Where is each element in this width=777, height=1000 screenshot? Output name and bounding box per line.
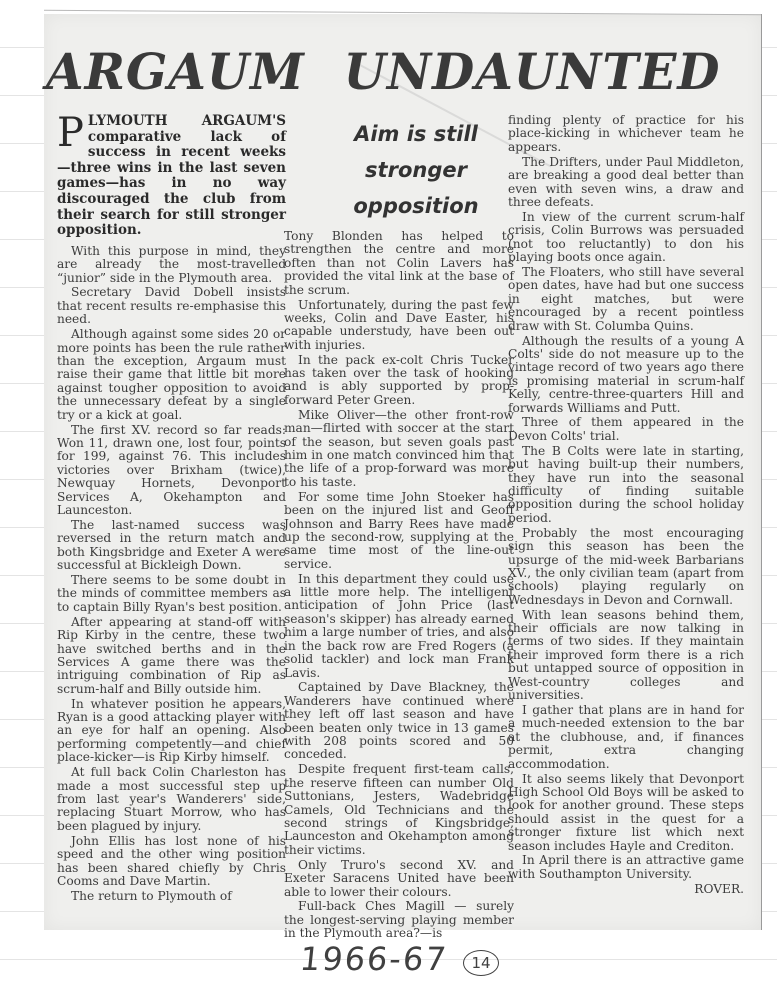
article-column-1: PLYMOUTH ARGAUM'S comparative lack of su… <box>57 114 286 905</box>
paragraph: The B Colts were late in starting, but h… <box>508 445 744 525</box>
paragraph: Captained by Dave Blackney, the Wanderer… <box>284 681 514 761</box>
paragraph: The Floaters, who still have several ope… <box>508 266 744 333</box>
paragraph: With lean seasons behind them, their off… <box>508 609 744 703</box>
headline: ARGAUMUNDAUNTED <box>46 42 738 102</box>
circled-page-number: 14 <box>463 950 499 976</box>
paragraph: Only Truro's second XV. and Exeter Sarac… <box>284 859 514 899</box>
lead-paragraph: PLYMOUTH ARGAUM'S comparative lack of su… <box>57 114 286 239</box>
paragraph: Unfortunately, during the past few weeks… <box>284 299 514 353</box>
paragraph: There seems to be some doubt in the mind… <box>57 574 286 614</box>
paragraph: Mike Oliver—the other front-row man—flir… <box>284 409 514 489</box>
article-column-2: Aim is still stronger opposition Tony Bl… <box>284 126 514 942</box>
paragraph: The return to Plymouth of <box>57 890 286 903</box>
paragraph: In this department they could use a litt… <box>284 573 514 680</box>
headline-word-1: ARGAUM <box>46 42 305 101</box>
paragraph: The Drifters, under Paul Middleton, are … <box>508 156 744 210</box>
paragraph: John Ellis has lost none of his speed an… <box>57 835 286 889</box>
paragraph: In the pack ex-colt Chris Tucker has tak… <box>284 354 514 408</box>
paragraph: It also seems likely that Devonport High… <box>508 773 744 853</box>
headline-word-2: UNDAUNTED <box>344 42 721 101</box>
paragraph: Despite frequent first-team calls, the r… <box>284 763 514 857</box>
paragraph: The first XV. record so far reads: Won 1… <box>57 424 286 518</box>
paragraph: I gather that plans are in hand for a mu… <box>508 704 744 771</box>
paragraph: Although the results of a young A Colts'… <box>508 335 744 415</box>
paragraph: Three of them appeared in the Devon Colt… <box>508 416 744 443</box>
paragraph: Secretary David Dobell insists that rece… <box>57 286 286 326</box>
newspaper-clipping: ARGAUMUNDAUNTED PLYMOUTH ARGAUM'S compar… <box>44 14 762 930</box>
drop-cap: P <box>57 116 84 150</box>
handwritten-season-note: 1966-67 <box>298 940 450 978</box>
paragraph: In whatever position he appears, Ryan is… <box>57 698 286 765</box>
byline: ROVER. <box>508 883 744 896</box>
paragraph: Although against some sides 20 or more p… <box>57 328 286 422</box>
lead-text: LYMOUTH ARGAUM'S comparative lack of suc… <box>57 113 286 238</box>
paragraph: finding plenty of practice for his place… <box>508 114 744 154</box>
article-column-3: finding plenty of practice for his place… <box>508 114 744 898</box>
paragraph: At full back Colin Charleston has made a… <box>57 766 286 833</box>
paragraph: The last-named success was reversed in t… <box>57 519 286 573</box>
subheadline: Aim is still stronger opposition <box>284 116 514 224</box>
paragraph: In view of the current scrum-half crisis… <box>508 211 744 265</box>
paragraph: In April there is an attractive game wit… <box>508 854 744 881</box>
paragraph: Full-back Ches Magill — surely the longe… <box>284 900 514 940</box>
paragraph: With this purpose in mind, they are alre… <box>57 245 286 285</box>
paragraph: Probably the most encouraging sign this … <box>508 527 744 607</box>
paragraph: Tony Blonden has helped to strengthen th… <box>284 230 514 297</box>
paragraph: After appearing at stand-off with Rip Ki… <box>57 616 286 696</box>
paragraph: For some time John Stoeker has been on t… <box>284 491 514 571</box>
